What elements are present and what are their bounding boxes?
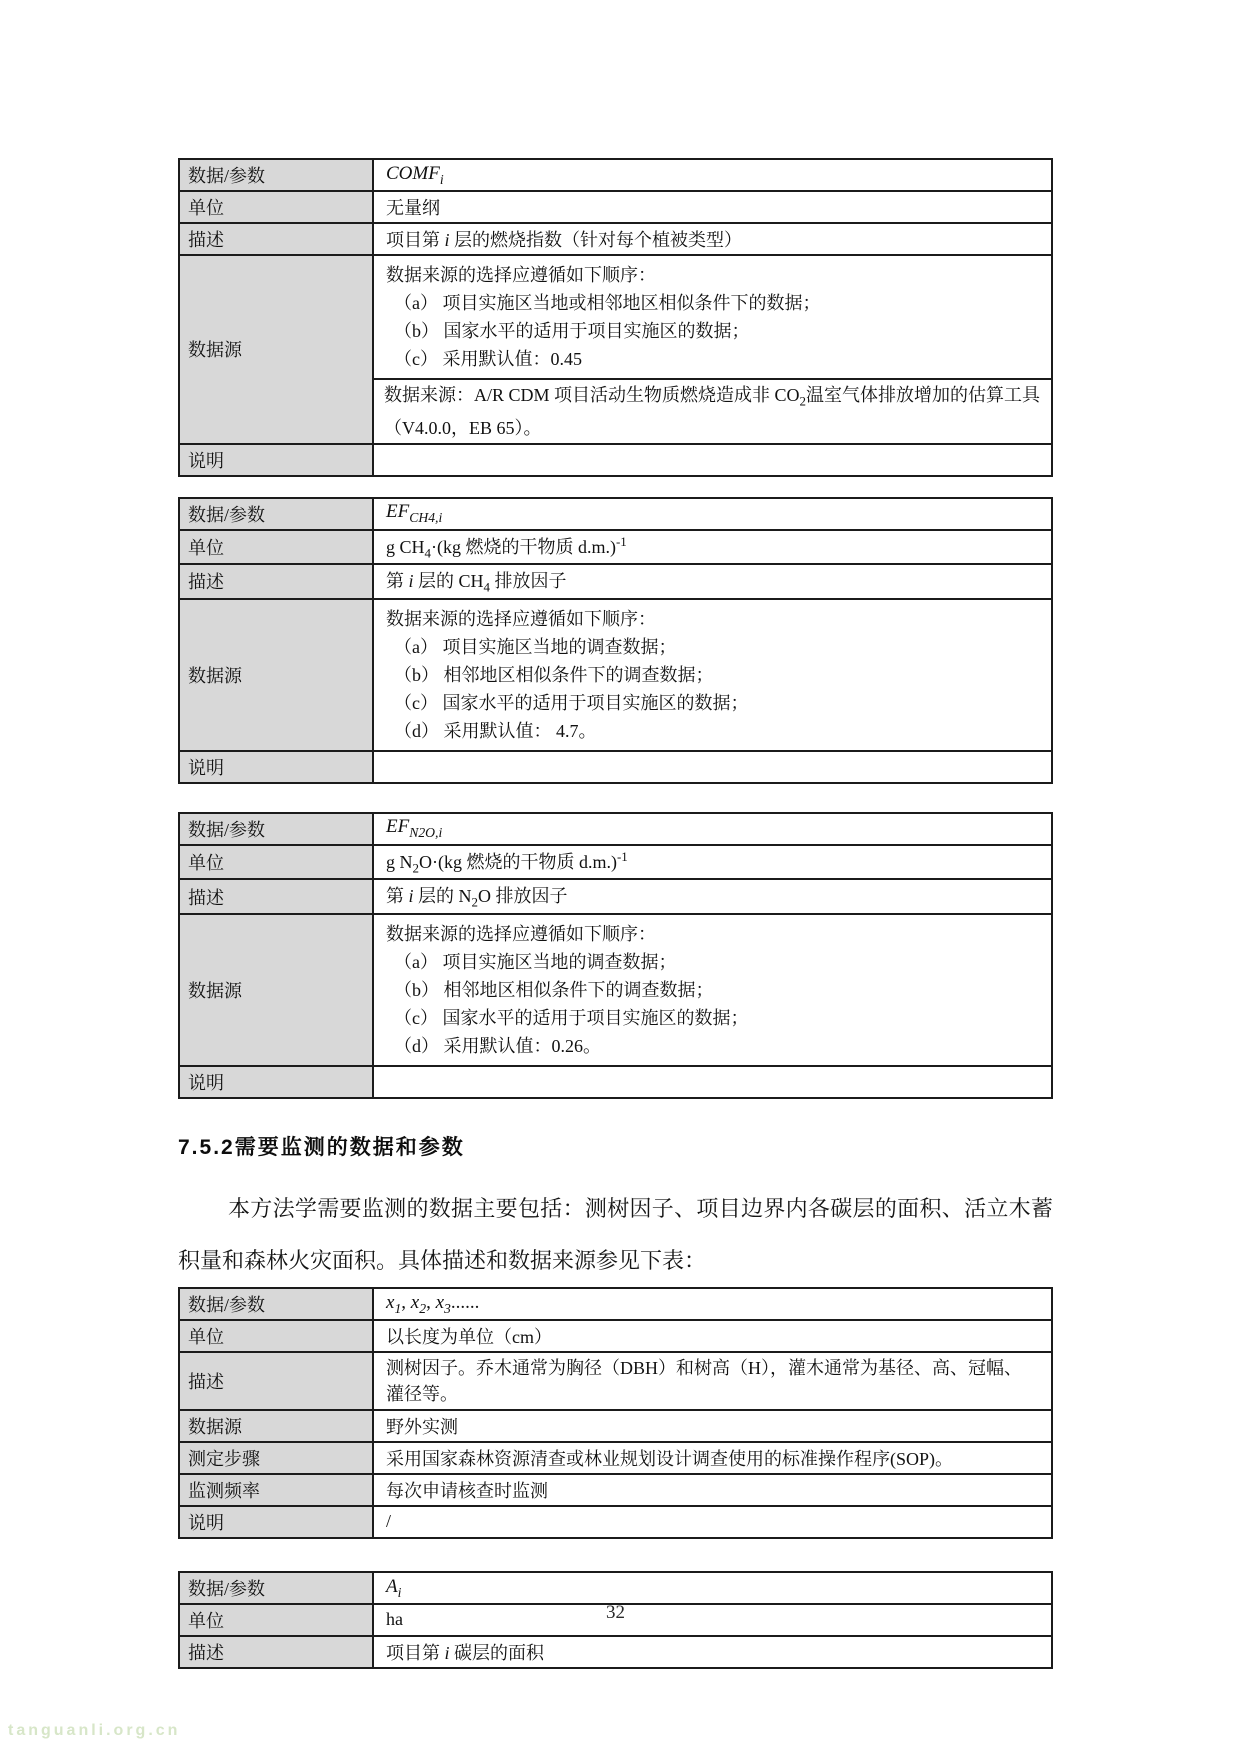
parameter-table-comf: 数据/参数 COMFi 单位 无量纲 描述 项目第 i 层的燃烧指数（针对每个植… [178, 158, 1053, 477]
table-row: 数据/参数 COMFi [179, 159, 1052, 191]
text-segment: -1 [617, 849, 628, 864]
source-option: （c） 国家水平的适用于项目实施区的数据； [386, 1004, 1039, 1032]
data-source-value: 数据来源的选择应遵循如下顺序： （a） 项目实施区当地的调查数据；（b） 相邻地… [373, 914, 1052, 1066]
text-segment: 层的 N [414, 886, 472, 906]
table-row: 数据源 数据来源的选择应遵循如下顺序： （a） 项目实施区当地的调查数据；（b）… [179, 914, 1052, 1066]
table-row: 描述 测树因子。乔木通常为胸径（DBH）和树高（H），灌木通常为基径、高、冠幅、… [179, 1352, 1052, 1410]
source-option: （a） 项目实施区当地的调查数据； [386, 633, 1039, 661]
row-label-unit: 单位 [179, 191, 373, 223]
table-row: 描述 第 i 层的 N2O 排放因子 [179, 879, 1052, 914]
note-value [373, 751, 1052, 783]
source-intro: 数据来源的选择应遵循如下顺序： [386, 920, 1039, 948]
table-row: 数据/参数 Ai [179, 1572, 1052, 1604]
source-intro: 数据来源的选择应遵循如下顺序： [386, 605, 1039, 633]
source-option: （d） 采用默认值： 4.7。 [386, 717, 1039, 745]
row-label-note: 说明 [179, 444, 373, 476]
source-option: （b） 国家水平的适用于项目实施区的数据； [386, 317, 1039, 345]
row-label-param: 数据/参数 [179, 1572, 373, 1604]
text-segment: 第 [386, 571, 409, 591]
unit-value: 以长度为单位（cm） [373, 1320, 1052, 1352]
data-source-value: 数据来源的选择应遵循如下顺序： （a） 项目实施区当地的调查数据；（b） 相邻地… [373, 599, 1052, 751]
row-label-unit: 单位 [179, 845, 373, 880]
row-label-desc: 描述 [179, 1352, 373, 1410]
text-segment: 项目第 [386, 1643, 445, 1663]
table-row: 单位 g N2O·(kg 燃烧的干物质 d.m.)-1 [179, 845, 1052, 880]
parameter-name: Ai [373, 1572, 1052, 1604]
text-segment: 项目第 [386, 230, 445, 250]
parameter-name: COMFi [373, 159, 1052, 191]
source-options: （a） 项目实施区当地的调查数据；（b） 相邻地区相似条件下的调查数据；（c） … [386, 948, 1039, 1060]
document-page: 数据/参数 COMFi 单位 无量纲 描述 项目第 i 层的燃烧指数（针对每个植… [0, 0, 1240, 1753]
text-segment: g CH [386, 537, 425, 557]
text-segment: 层的 CH [414, 571, 484, 591]
row-label-param: 数据/参数 [179, 159, 373, 191]
text-segment: 3 [444, 1300, 451, 1315]
source-option: （d） 采用默认值：0.26。 [386, 1032, 1039, 1060]
row-label-param: 数据/参数 [179, 1288, 373, 1320]
page-content: 数据/参数 COMFi 单位 无量纲 描述 项目第 i 层的燃烧指数（针对每个植… [178, 158, 1053, 1669]
row-label-source: 数据源 [179, 599, 373, 751]
table-row: 描述 第 i 层的 CH4 排放因子 [179, 564, 1052, 599]
text-segment: EF [386, 816, 409, 837]
text-segment: O·(kg 燃烧的干物质 d.m.) [419, 852, 617, 872]
text-segment: EF [386, 501, 409, 522]
frequency-value: 每次申请核查时监测 [373, 1474, 1052, 1506]
text-segment: 层的燃烧指数（针对每个植被类型） [450, 230, 743, 250]
text-segment: x [411, 1292, 419, 1313]
data-source-value: 数据来源的选择应遵循如下顺序： （a） 项目实施区当地或相邻地区相似条件下的数据… [373, 255, 1052, 379]
table-row: 测定步骤 采用国家森林资源清查或林业规划设计调查使用的标准操作程序(SOP)。 [179, 1442, 1052, 1474]
source-option: （a） 项目实施区当地或相邻地区相似条件下的数据； [386, 289, 1039, 317]
data-source-value: 野外实测 [373, 1410, 1052, 1442]
table-row: 数据/参数 EFCH4,i [179, 498, 1052, 530]
unit-value: 无量纲 [373, 191, 1052, 223]
parameter-name: EFN2O,i [373, 813, 1052, 845]
table-row: 说明 [179, 1066, 1052, 1098]
parameter-name: x1, x2, x3...... [373, 1288, 1052, 1320]
source-option: （c） 采用默认值：0.45 [386, 345, 1039, 373]
row-label-desc: 描述 [179, 223, 373, 255]
page-number: 32 [178, 1602, 1053, 1624]
procedure-value: 采用国家森林资源清查或林业规划设计调查使用的标准操作程序(SOP)。 [373, 1442, 1052, 1474]
table-row: 说明 [179, 444, 1052, 476]
row-label-unit: 单位 [179, 1320, 373, 1352]
note-value: / [373, 1506, 1052, 1538]
row-label-note: 说明 [179, 1506, 373, 1538]
table-row: 说明 [179, 751, 1052, 783]
row-label-unit: 单位 [179, 530, 373, 565]
row-label-param: 数据/参数 [179, 813, 373, 845]
description-value: 测树因子。乔木通常为胸径（DBH）和树高（H），灌木通常为基径、高、冠幅、灌径等… [373, 1352, 1052, 1410]
table-row: 描述 项目第 i 碳层的面积 [179, 1636, 1052, 1668]
source-options: （a） 项目实施区当地或相邻地区相似条件下的数据；（b） 国家水平的适用于项目实… [386, 289, 1039, 373]
description-value: 第 i 层的 CH4 排放因子 [373, 564, 1052, 599]
note-value [373, 444, 1052, 476]
row-label-source: 数据源 [179, 914, 373, 1066]
table-row: 说明 / [179, 1506, 1052, 1538]
note-value [373, 1066, 1052, 1098]
text-segment: ...... [451, 1292, 480, 1313]
text-segment: i [398, 1584, 402, 1599]
body-paragraph: 本方法学需要监测的数据主要包括：测树因子、项目边界内各碳层的面积、活立木蓄积量和… [178, 1183, 1053, 1287]
data-source-reference: 数据来源：A/R CDM 项目活动生物质燃烧造成非 CO2温室气体排放增加的估算… [373, 379, 1052, 444]
parameter-table-tree-factors: 数据/参数 x1, x2, x3...... 单位 以长度为单位（cm） 描述 … [178, 1287, 1053, 1539]
table-row: 描述 项目第 i 层的燃烧指数（针对每个植被类型） [179, 223, 1052, 255]
text-segment: , [426, 1292, 436, 1313]
text-segment: g N [386, 852, 413, 872]
text-segment: O 排放因子 [478, 886, 568, 906]
row-label-param: 数据/参数 [179, 498, 373, 530]
parameter-name: EFCH4,i [373, 498, 1052, 530]
source-option: （a） 项目实施区当地的调查数据； [386, 948, 1039, 976]
unit-value: g N2O·(kg 燃烧的干物质 d.m.)-1 [373, 845, 1052, 880]
row-label-source: 数据源 [179, 1410, 373, 1442]
source-option: （c） 国家水平的适用于项目实施区的数据； [386, 689, 1039, 717]
unit-value: g CH4·(kg 燃烧的干物质 d.m.)-1 [373, 530, 1052, 565]
description-value: 项目第 i 层的燃烧指数（针对每个植被类型） [373, 223, 1052, 255]
parameter-table-ef-ch4: 数据/参数 EFCH4,i 单位 g CH4·(kg 燃烧的干物质 d.m.)-… [178, 497, 1053, 784]
source-option: （b） 相邻地区相似条件下的调查数据； [386, 661, 1039, 689]
text-segment: ·(kg 燃烧的干物质 d.m.) [431, 537, 616, 557]
table-row: 单位 g CH4·(kg 燃烧的干物质 d.m.)-1 [179, 530, 1052, 565]
row-label-desc: 描述 [179, 879, 373, 914]
row-label-note: 说明 [179, 1066, 373, 1098]
text-segment: , [401, 1292, 411, 1313]
table-row: 数据源 数据来源的选择应遵循如下顺序： （a） 项目实施区当地的调查数据；（b）… [179, 599, 1052, 751]
table-row: 数据源 野外实测 [179, 1410, 1052, 1442]
text-segment: 数据来源：A/R CDM 项目活动生物质燃烧造成非 CO [384, 385, 800, 405]
text-segment: -1 [616, 534, 627, 549]
text-segment: x [436, 1292, 444, 1313]
table-row: 数据/参数 x1, x2, x3...... [179, 1288, 1052, 1320]
source-option: （b） 相邻地区相似条件下的调查数据； [386, 976, 1039, 1004]
text-segment: A [386, 1576, 398, 1597]
text-segment: N2O,i [409, 825, 442, 840]
row-label-note: 说明 [179, 751, 373, 783]
source-intro: 数据来源的选择应遵循如下顺序： [386, 261, 1039, 289]
table-row: 监测频率 每次申请核查时监测 [179, 1474, 1052, 1506]
text-segment: 排放因子 [490, 571, 567, 591]
row-label-procedure: 测定步骤 [179, 1442, 373, 1474]
row-label-source: 数据源 [179, 255, 373, 444]
row-label-desc: 描述 [179, 1636, 373, 1668]
parameter-table-ef-n2o: 数据/参数 EFN2O,i 单位 g N2O·(kg 燃烧的干物质 d.m.)-… [178, 812, 1053, 1099]
text-segment: CH4,i [409, 510, 442, 525]
text-segment: 碳层的面积 [450, 1643, 545, 1663]
description-value: 项目第 i 碳层的面积 [373, 1636, 1052, 1668]
table-row: 数据源 数据来源的选择应遵循如下顺序： （a） 项目实施区当地或相邻地区相似条件… [179, 255, 1052, 379]
table-row: 单位 以长度为单位（cm） [179, 1320, 1052, 1352]
text-segment: COMF [386, 163, 440, 184]
description-value: 第 i 层的 N2O 排放因子 [373, 879, 1052, 914]
row-label-frequency: 监测频率 [179, 1474, 373, 1506]
row-label-desc: 描述 [179, 564, 373, 599]
text-segment: 无量纲 [386, 198, 440, 218]
text-segment: 第 [386, 886, 409, 906]
watermark: tanguanli.org.cn [8, 1722, 180, 1740]
source-options: （a） 项目实施区当地的调查数据；（b） 相邻地区相似条件下的调查数据；（c） … [386, 633, 1039, 745]
section-heading: 7.5.2需要监测的数据和参数 [178, 1133, 1053, 1163]
table-row: 单位 无量纲 [179, 191, 1052, 223]
text-segment: i [440, 171, 444, 186]
table-row: 数据/参数 EFN2O,i [179, 813, 1052, 845]
